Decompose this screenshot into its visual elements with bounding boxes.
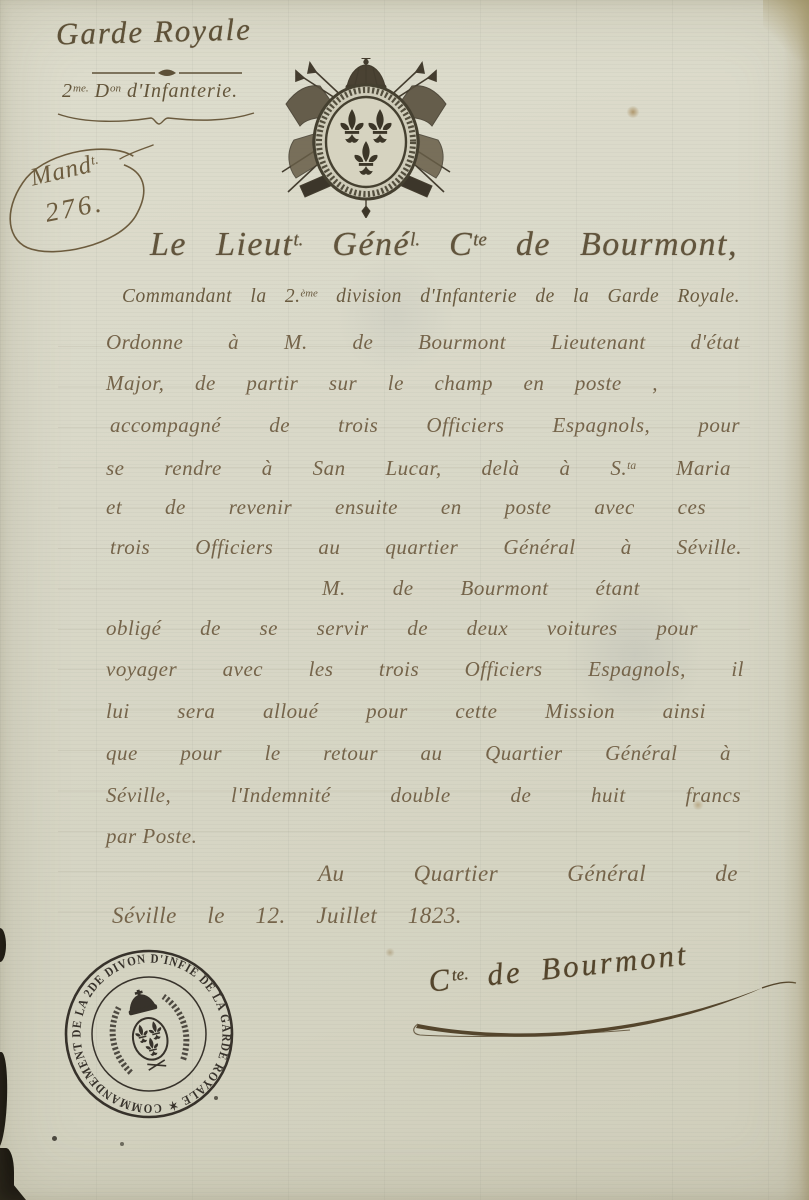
body-line-1: Ordonne à M. de Bourmont Lieutenant d'ét…: [106, 328, 740, 356]
body-line-11: que pour le retour au Quartier Général à: [106, 739, 731, 767]
flags-icon: [286, 86, 446, 178]
foxing-spot: [385, 948, 395, 957]
stamp-crown-icon: [125, 987, 157, 1015]
header-divider-ornament: [92, 66, 242, 80]
torn-edge: [0, 1168, 26, 1200]
crown-icon: [346, 58, 386, 91]
svg-text:COMMANDEMENT DE LA 2DE DIVON D: COMMANDEMENT DE LA 2DE DIVON D'INFIE DE …: [60, 945, 238, 1123]
foxing-spot: [626, 106, 640, 118]
body-line-7: M. de Bourmont étant: [322, 574, 640, 602]
torn-edge: [0, 928, 6, 962]
title-line: Le Lieutt. Génél. Cte de Bourmont,: [150, 226, 738, 264]
corps-title: Garde Royale: [56, 11, 253, 52]
body-line-2: Major, de partir sur le champ en poste ,: [106, 369, 658, 397]
lances-icon: [282, 63, 450, 192]
fleur-de-lis-icon: [340, 109, 391, 175]
signature: Cte. de Bourmont: [427, 936, 690, 999]
stamp-ring-text: COMMANDEMENT DE LA 2DE DIVON D'INFIE DE …: [60, 945, 238, 1123]
date-line-2: Séville le 12. Juillet 1823.: [112, 903, 462, 929]
body-line-5: et de revenir ensuite en poste avec ces: [106, 493, 706, 521]
division-stamp: COMMANDEMENT DE LA 2DE DIVON D'INFIE DE …: [60, 945, 238, 1123]
body-line-13: par Poste.: [106, 822, 197, 850]
cannons-icon: [300, 166, 432, 198]
browned-right-edge: [783, 0, 809, 1200]
corner-curl: [763, 0, 809, 60]
subtitle-line: Commandant la 2.ème division d'Infanteri…: [122, 286, 740, 308]
body-line-9: voyager avec les trois Officiers Espagno…: [106, 655, 744, 683]
body-line-6: trois Officiers au quartier Général à Sé…: [110, 533, 742, 561]
body-line-3: accompagné de trois Officiers Espagnols,…: [110, 411, 740, 439]
body-line-12: Séville, l'Indemnité double de huit fran…: [106, 781, 741, 809]
ink-speck: [52, 1136, 57, 1141]
torn-edge: [0, 1052, 10, 1149]
royal-coat-of-arms-emblem: [278, 58, 454, 218]
torn-edge: [0, 1148, 14, 1200]
stamp-shield: [129, 1014, 172, 1063]
body-line-4: se rendre à San Lucar, delà à S.ta Maria: [106, 452, 731, 482]
mandat-oval: Mandt. 276.: [0, 135, 162, 258]
division-flourish: [56, 108, 256, 128]
body-line-8: obligé de se servir de deux voitures pou…: [106, 614, 698, 642]
date-line-1: Au Quartier Général de: [318, 861, 738, 887]
document-scan: Garde Royale 2me. Don d'Infanterie. Mand…: [0, 0, 809, 1200]
ink-speck: [214, 1096, 218, 1100]
body-line-10: lui sera alloué pour cette Mission ainsi: [106, 697, 706, 725]
fleur-de-lis-icon: [133, 1020, 167, 1059]
order-pendant-icon: [362, 199, 370, 218]
ink-speck: [120, 1142, 124, 1146]
division-title: 2me. Don d'Infanterie.: [62, 80, 238, 103]
stamp-branches-icon: [106, 993, 193, 1075]
